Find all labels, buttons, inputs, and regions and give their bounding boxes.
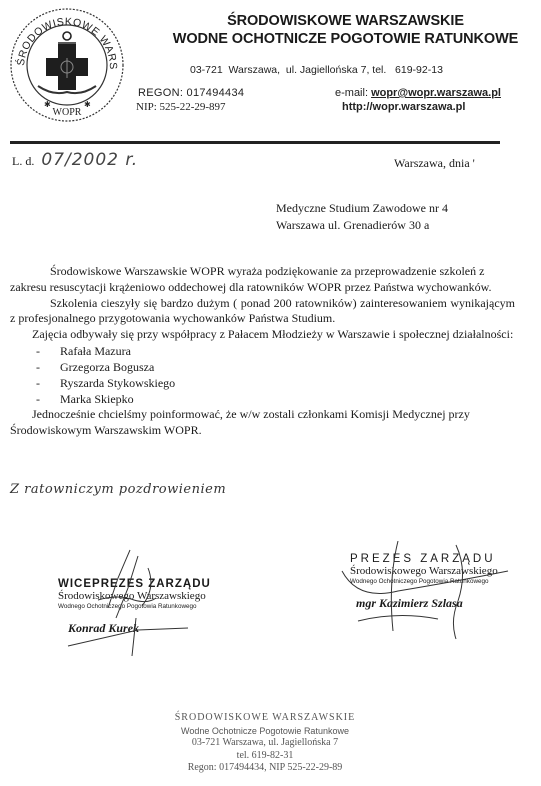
organization-stamp: ŚRODOWISKOWE WARSZAWSKIE Wodne Ochotnicz… [165, 712, 365, 775]
stamp-line-ids: Regon: 017494434, NIP 525-22-29-89 [165, 762, 365, 775]
list-item: Grzegorza Bogusza [36, 359, 515, 375]
header-divider [10, 141, 500, 144]
stamp-line-address: 03-721 Warszawa, ul. Jagiellońska 7 [165, 737, 365, 750]
paragraph-thanks: Środowiskowe Warszawskie WOPR wyraża pod… [10, 264, 515, 296]
email-line: e-mail: wopr@wopr.warszawa.pl [335, 87, 501, 99]
signature-title: PREZES ZARZĄDU [350, 553, 530, 565]
paragraph-interest: Szkolenia cieszyły się bardzo dużym ( po… [10, 296, 515, 328]
signature-president: PREZES ZARZĄDU Środowiskowego Warszawski… [350, 553, 530, 611]
handwritten-closing: Z ratowniczym pozdrowieniem [10, 482, 226, 497]
svg-text:✱: ✱ [84, 100, 91, 109]
stamp-line-fullname: Wodne Ochotnicze Pogotowie Ratunkowe [165, 725, 365, 738]
signature-org-line1: Środowiskowego Warszawskiego [58, 590, 228, 602]
reference-label: L. d. [12, 154, 34, 168]
paragraph-cooperation: Zajęcia odbywały się przy współpracy z P… [10, 327, 515, 343]
organization-name-line2: WODNE OCHOTNICZE POGOTOWIE RATUNKOWE [150, 30, 541, 48]
list-item: Ryszarda Stykowskiego [36, 375, 515, 391]
recipient-street: Warszawa ul. Grenadierów 30 a [276, 217, 448, 234]
recipient-name: Medyczne Studium Zawodowe nr 4 [276, 200, 448, 217]
reference-value: 07/2002 r. [41, 150, 138, 170]
wopr-seal-icon: ŚRODOWISKOWE WARSZAWSKIE ✱ ✱ WOPR [8, 6, 126, 124]
email-link[interactable]: wopr@wopr.warszawa.pl [371, 87, 501, 99]
organization-seal: ŚRODOWISKOWE WARSZAWSKIE ✱ ✱ WOPR [8, 6, 126, 124]
letter-body: Środowiskowe Warszawskie WOPR wyraża pod… [10, 264, 515, 439]
names-list: Rafała Mazura Grzegorza Bogusza Ryszarda… [10, 343, 515, 407]
stamp-line-name: ŚRODOWISKOWE WARSZAWSKIE [165, 712, 365, 725]
organization-name: ŚRODOWISKOWE WARSZAWSKIE WODNE OCHOTNICZ… [150, 12, 541, 48]
signature-org-line2: Wodnego Ochotniczego Pogotowia Ratunkowe… [58, 602, 228, 611]
nip-number: NIP: 525-22-29-897 [136, 101, 226, 113]
stamp-line-phone: tel. 619-82-31 [165, 750, 365, 763]
signature-vice-president: WICEPREZES ZARZĄDU Środowiskowego Warsza… [58, 578, 228, 636]
list-item: Marka Skiepko [36, 391, 515, 407]
reference-number: L. d. 07/2002 r. [12, 150, 138, 170]
signature-org-line2: Wodnego Ochotniczego Pogotowia Ratunkowe… [350, 577, 530, 586]
signature-title: WICEPREZES ZARZĄDU [58, 578, 228, 590]
signature-org-line1: Środowiskowego Warszawskiego [350, 565, 530, 577]
svg-text:✱: ✱ [44, 100, 51, 109]
organization-name-line1: ŚRODOWISKOWE WARSZAWSKIE [150, 12, 541, 30]
signatory-name: mgr Kazimierz Szlasa [356, 596, 530, 611]
regon-number: REGON: 017494434 [138, 87, 244, 99]
email-label: e-mail: [335, 87, 371, 99]
signatory-name: Konrad Kurek [68, 621, 228, 636]
list-item: Rafała Mazura [36, 343, 515, 359]
svg-text:WOPR: WOPR [53, 107, 82, 118]
organization-address: 03-721 Warszawa, ul. Jagiellońska 7, tel… [190, 64, 443, 76]
recipient-address: Medyczne Studium Zawodowe nr 4 Warszawa … [276, 200, 448, 234]
website-link[interactable]: http://wopr.warszawa.pl [342, 101, 465, 113]
date-line: Warszawa, dnia ' [394, 156, 475, 171]
paragraph-commission: Jednocześnie chcielśmy poinformować, że … [10, 407, 515, 439]
